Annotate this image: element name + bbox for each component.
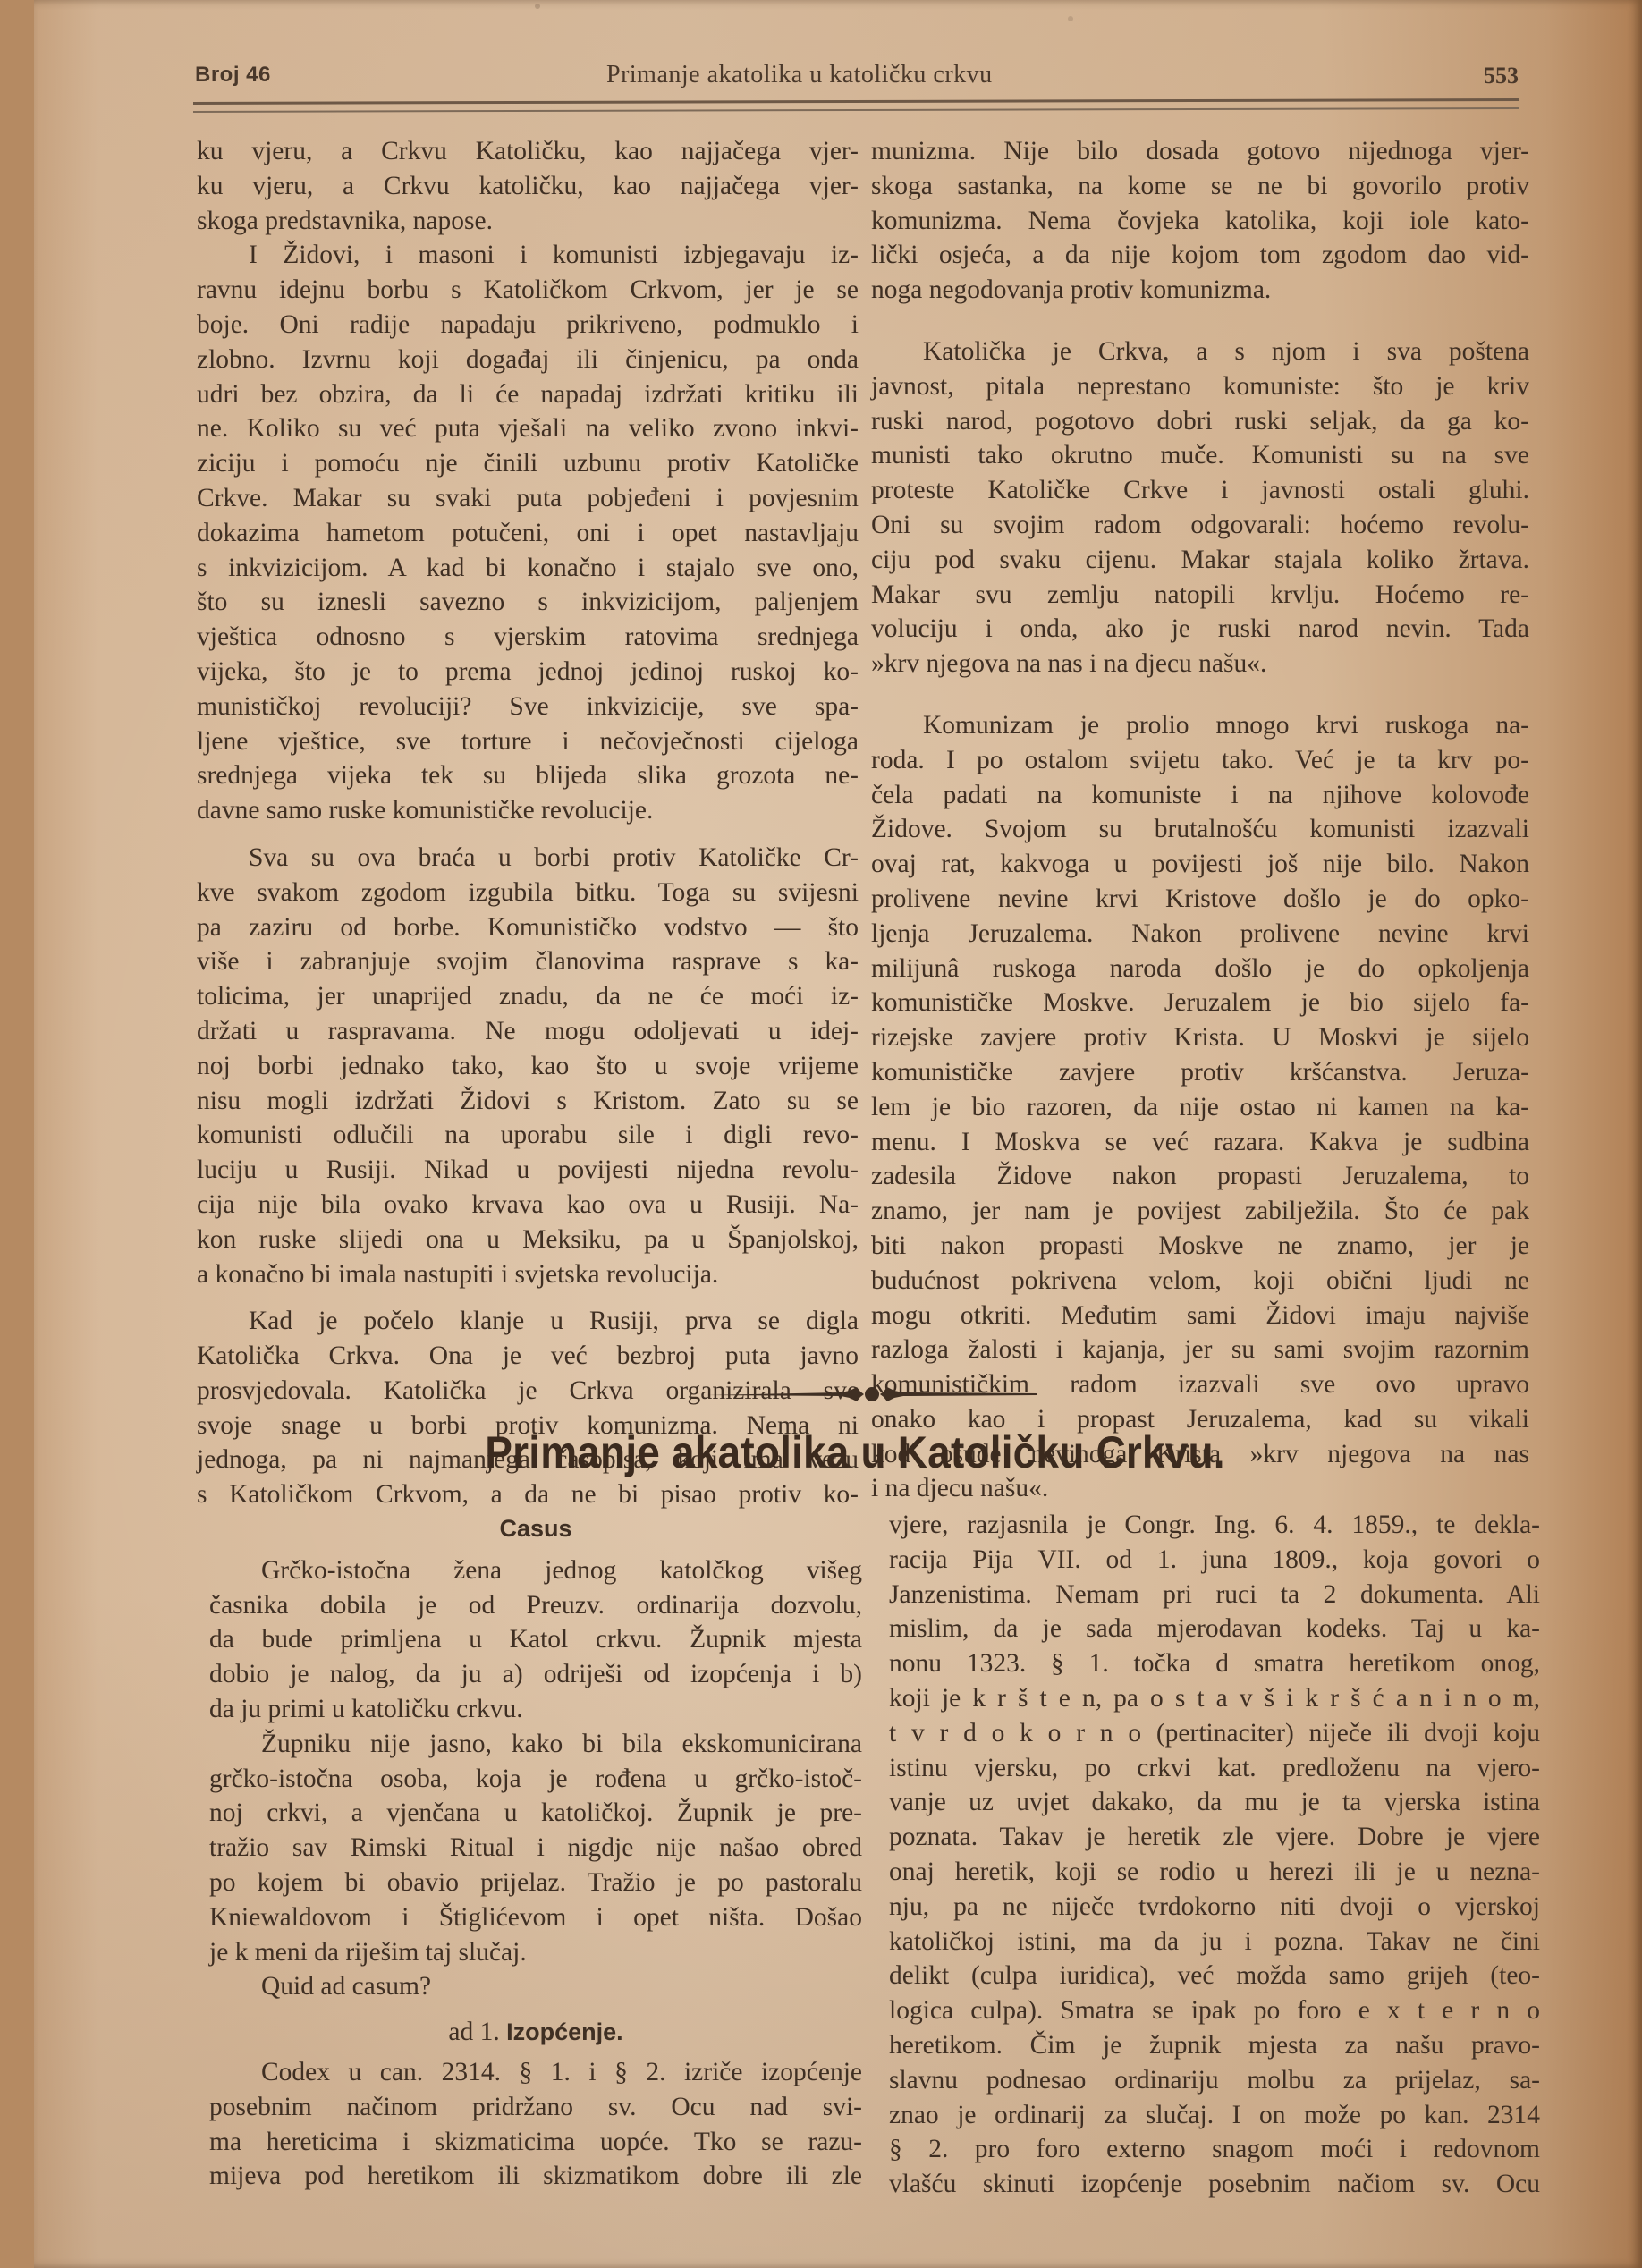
text-line: ruski narod, pogotovo dobri ruski seljak… (871, 404, 1529, 439)
section-divider-ornament-icon (707, 1383, 1037, 1406)
text-line: je k meni da riješim taj slučaj. (209, 1935, 862, 1970)
text-line: znamo, jer nam je povijest zabilježila. … (871, 1194, 1529, 1229)
text-line: munisti tako okrutno muče. Komunisti su … (871, 438, 1529, 473)
text-line: Kad je počelo klanje u Rusiji, prva se d… (197, 1304, 859, 1339)
text-line: ljenja Jeruzalema. Nakon prolivene nevin… (871, 917, 1529, 952)
text-line: »krv njegova na nas i na djecu našu«. (871, 647, 1529, 681)
text-line: ne. Koliko su već puta vješali na veliko… (197, 411, 859, 446)
text-line: davne samo ruske komunističke revolucije… (197, 793, 859, 828)
paper-speck (1068, 16, 1073, 21)
text-line: časnika dobila je od Preuzv. ordinarija … (209, 1588, 862, 1623)
text-line: lem je bio razoren, da nije ostao ni kam… (871, 1090, 1529, 1125)
text-line: javnost, pitala neprestano komuniste: št… (871, 369, 1529, 404)
section-prefix: ad 1. (448, 2018, 499, 2046)
text-line: Kniewaldovom i Štiglićevom i opet ništa.… (209, 1900, 862, 1935)
text-line: onaj heretik, koji se rodio u herezi ili… (889, 1855, 1540, 1890)
text-line: roda. I po ostalom svijetu tako. Već je … (871, 743, 1529, 778)
text-line: ma hereticima i skizmaticima uopće. Tko … (209, 2125, 862, 2160)
text-line: vlašću skinuti izopćenje posebnim načiom… (889, 2167, 1540, 2202)
text-line: Oni su svojim radom odgovarali: hoćemo r… (871, 508, 1529, 543)
top-right-column: munizma. Nije bilo dosada gotovo nijedno… (871, 134, 1529, 1506)
text-line: noj borbi jednako tako, kao što u svoje … (197, 1049, 859, 1084)
text-line: a konačno bi imala nastupiti i svjetska … (197, 1257, 859, 1292)
text-line: skoga predstavnika, napose. (197, 204, 859, 239)
text-line: racija Pija VII. od 1. juna 1809., koja … (889, 1543, 1540, 1578)
text-line: biti nakon propasti Moskve ne znamo, jer… (871, 1229, 1529, 1264)
text-line: nju, pa ne niječe tvrdokorno niti dvoji … (889, 1890, 1540, 1925)
text-line: Janzenistima. Nemam pri ruci ta 2 dokume… (889, 1578, 1540, 1612)
text-line: noga negodovanja protiv komunizma. (871, 273, 1529, 308)
text-line: § 2. pro foro externo snagom moći i redo… (889, 2132, 1540, 2167)
text-line: logica culpa). Smatra se ipak po foro e … (889, 1993, 1540, 2028)
text-line: po kojem bi obavio prijelaz. Tražio je p… (209, 1866, 862, 1900)
text-line: što su iznesli savezno s inkvizicijom, p… (197, 585, 859, 620)
text-line: mislim, da je sada mjerodavan kodeks. Ta… (889, 1612, 1540, 1646)
text-line: slavnu podnesao ordinariju molbu za prij… (889, 2063, 1540, 2098)
paper-speck (535, 4, 540, 9)
text-line: vjere, razjasnila je Congr. Ing. 6. 4. 1… (889, 1508, 1540, 1543)
text-line: mijeva pod heretikom ili skizmatikom dob… (209, 2159, 862, 2194)
running-head: Broj 46 Primanje akatolika u katoličku c… (195, 61, 1519, 97)
text-line: boje. Oni radije napadaju prikriveno, po… (197, 308, 859, 343)
text-line: da bude primljena u Katol crkvu. Župnik … (209, 1622, 862, 1657)
text-line: Quid ad casum? (209, 1969, 862, 2004)
text-line: Grčko-istočna žena jednog katolčkog više… (209, 1553, 862, 1588)
text-line: Židove. Svojom su brutalnošću komunisti … (871, 812, 1529, 847)
text-line: tražio sav Rimski Ritual i nigdje nije n… (209, 1831, 862, 1866)
text-line: komunističke Moskve. Jeruzalem je bio si… (871, 986, 1529, 1020)
casus-text: Grčko-istočna žena jednog katolčkog više… (209, 1553, 862, 2004)
section-heading: ad 1. Izopćenje. (209, 2015, 862, 2050)
text-line: t v r d o k o r n o (pertinaciter) niječ… (889, 1716, 1540, 1751)
text-line: držati u raspravama. Ne mogu odoljevati … (197, 1014, 859, 1049)
page-number: 553 (1484, 63, 1519, 89)
text-line: cija nije bila ovako krvava kao ova u Ru… (197, 1188, 859, 1223)
text-line: komunisti odlučili na uporabu sile i dig… (197, 1118, 859, 1153)
text-line: ziciju i pomoću nje činili uzbunu protiv… (197, 446, 859, 481)
text-line: Crkve. Makar su svaki puta pobjeđeni i p… (197, 481, 859, 516)
text-line: skoga sastanka, na kome se ne bi govoril… (871, 169, 1529, 204)
article-title: Primanje akatolika u Katoličku Crkvu. (99, 1426, 1610, 1478)
scanned-page: Broj 46 Primanje akatolika u katoličku c… (34, 0, 1642, 2268)
text-line: dobio je nalog, da ju a) odriješi od izo… (209, 1657, 862, 1692)
text-line: ravnu idejnu borbu s Katoličkom Crkvom, … (197, 273, 859, 308)
text-line: čela padati na komuniste i na njihove ko… (871, 778, 1529, 813)
text-line: delikt (culpa iuridica), već možda samo … (889, 1959, 1540, 1993)
text-line: komunizma. Nema čovjeka katolika, koji i… (871, 204, 1529, 239)
text-line: udri bez obzira, da li će napadaj izdrža… (197, 377, 859, 412)
text-line: dokazima hametom potučeni, oni i opet na… (197, 516, 859, 551)
text-line: posebnim načinom pridržano sv. Ocu nad s… (209, 2090, 862, 2125)
text-line: vještica odnosno s vjerskim ratovima sre… (197, 620, 859, 655)
text-line: menu. I Moskva se već razara. Kakva je s… (871, 1125, 1529, 1160)
text-line: više i zabranjuje svojim članovima raspr… (197, 944, 859, 979)
text-line: s Katoličkom Crkvom, a da ne bi pisao pr… (197, 1477, 859, 1512)
text-line: istinu vjersku, po crkvi kat. predloženu… (889, 1751, 1540, 1786)
text-line: ovaj rat, kakvoga u povijesti još nije b… (871, 847, 1529, 882)
text-line: znao je ordinarij za slučaj. I on može p… (889, 2098, 1540, 2133)
text-line: razloga žalosti i kajanja, jer su sami s… (871, 1333, 1529, 1367)
text-line: pa zaziru od borbe. Komunističko vodstvo… (197, 910, 859, 945)
text-line: kve svakom zgodom izgubila bitku. Toga s… (197, 876, 859, 910)
text-line: da ju primi u katoličku crkvu. (209, 1692, 862, 1727)
text-line: luciju u Rusiji. Nikad u povijesti nijed… (197, 1153, 859, 1188)
text-line: munističkoj revoluciji? Sve inkvizicije,… (197, 690, 859, 724)
text-line: ku vjeru, a Crkvu Katoličku, kao najjače… (197, 134, 859, 169)
text-line: Katolička Crkva. Ona je već bezbroj puta… (197, 1339, 859, 1374)
text-line: katoličkoj istini, ma da ju i pozna. Tak… (889, 1925, 1540, 1959)
text-line: komunističke zavjere protiv kršćanstva. … (871, 1055, 1529, 1090)
text-line: koji je k r š t e n, pa o s t a v š i k … (889, 1681, 1540, 1716)
text-line: Komunizam je prolio mnogo krvi ruskoga n… (871, 708, 1529, 743)
text-line: Makar svu zemlju natopili krvlju. Hoćemo… (871, 578, 1529, 613)
text-line: poznata. Takav je heretik zle vjere. Dob… (889, 1820, 1540, 1855)
running-title: Primanje akatolika u katoličku crkvu (606, 61, 993, 89)
text-line: budućnost pokrivena velom, koji obični l… (871, 1264, 1529, 1299)
article-left-column: Casus Grčko-istočna žena jednog katolčko… (209, 1511, 862, 2194)
text-line: vanje uz uvjet dakako, da mu je ta vjers… (889, 1785, 1540, 1820)
text-line: munizma. Nije bilo dosada gotovo nijedno… (871, 134, 1529, 169)
text-line: heretikom. Čim je župnik mjesta za našu … (889, 2028, 1540, 2063)
text-line: noj crkvi, a vjenčana u katoličkoj. Župn… (209, 1796, 862, 1831)
text-line: ljene vještice, sve torture i nečovječno… (197, 724, 859, 759)
text-line: mogu otkriti. Međutim sami Židovi imaju … (871, 1299, 1529, 1333)
section-text: Codex u can. 2314. § 1. i § 2. izriče iz… (209, 2055, 862, 2194)
text-line: vijeka, što je to prema jednoj jedinoj r… (197, 655, 859, 690)
text-line: milijunâ ruskoga naroda došlo je do opko… (871, 952, 1529, 986)
text-line: srednjega vijeka tek su blijeda slika gr… (197, 758, 859, 793)
text-line: zlobno. Izvrnu koji događaj ili činjenic… (197, 343, 859, 377)
text-line: proteste Katoličke Crkve i javnosti osta… (871, 473, 1529, 508)
top-left-column: ku vjeru, a Crkvu Katoličku, kao najjače… (197, 134, 859, 1512)
article-right-column: vjere, razjasnila je Congr. Ing. 6. 4. 1… (889, 1508, 1540, 2202)
text-line: rizejske zavjere protiv Krista. U Moskvi… (871, 1020, 1529, 1055)
text-line: Sva su ova braća u borbi protiv Katoličk… (197, 841, 859, 876)
text-line: Codex u can. 2314. § 1. i § 2. izriče iz… (209, 2055, 862, 2090)
text-line: prolivene nevine krvi Kristove došlo je … (871, 882, 1529, 917)
text-line: ciju pod svaku cijenu. Makar stajala kol… (871, 543, 1529, 578)
section-title: Izopćenje. (506, 2018, 623, 2045)
text-line: lički osjeća, a da nije kojom tom zgodom… (871, 238, 1529, 273)
text-line: ku vjeru, a Crkvu katoličku, kao najjače… (197, 169, 859, 204)
text-line: kon ruske slijedi ona u Meksiku, pa u Šp… (197, 1223, 859, 1257)
text-line: voluciju i onda, ako je ruski narod nevi… (871, 612, 1529, 647)
text-line: nisu mogli izdržati Židovi s Kristom. Za… (197, 1084, 859, 1119)
text-line: tolicima, jer unaprijed znadu, da ne će … (197, 979, 859, 1014)
header-double-rule (193, 98, 1519, 113)
text-line: s inkvizicijom. A kad bi konačno i staja… (197, 551, 859, 586)
text-line: zadesila Židove nakon propasti Jeruzalem… (871, 1159, 1529, 1194)
text-line: grčko-istočna osoba, koja je rođena u gr… (209, 1762, 862, 1797)
text-line: I Židovi, i masoni i komunisti izbjegava… (197, 238, 859, 273)
casus-heading: Casus (209, 1511, 862, 1546)
text-line: Župniku nije jasno, kako bi bila ekskomu… (209, 1727, 862, 1762)
issue-number: Broj 46 (195, 63, 271, 88)
text-line: nonu 1323. § 1. točka d smatra heretikom… (889, 1646, 1540, 1681)
text-line: Katolička je Crkva, a s njom i sva pošte… (871, 334, 1529, 369)
